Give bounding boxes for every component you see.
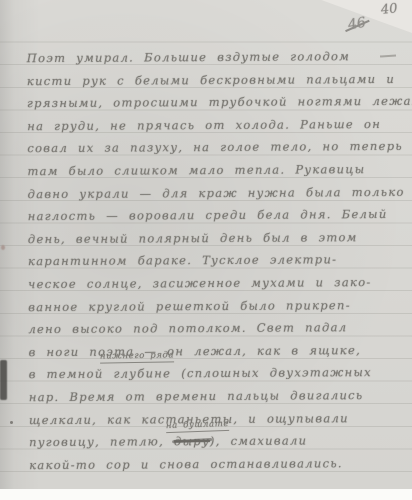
manuscript-line: в темной глубине (сплошных двухэтажных <box>29 361 401 386</box>
manuscript-line: нар. Время от времени пальцы двигались <box>29 384 401 409</box>
manuscript-line-with-correction: пуговицу, петлю, дыру), смахивали <box>29 429 401 454</box>
manuscript-line: давно украли — для краж нужна была тольк… <box>28 180 400 205</box>
manuscript-line: на груди, не прячась от холода. Раньше о… <box>27 113 399 138</box>
manuscript-line: там было слишком мало тепла. Рукавицы <box>27 158 399 183</box>
interlinear-insertion: на бушлате <box>166 419 229 433</box>
manuscript-line: ванное круглой решеткой было прикреп- <box>28 293 400 318</box>
manuscript-line: день, вечный полярный день был в этом <box>28 226 400 251</box>
page-number-current: 40 <box>381 1 399 18</box>
scan-background <box>0 489 412 500</box>
binding-mark <box>0 360 7 400</box>
line-18-suffix: ), смахивали <box>210 434 307 449</box>
handwritten-text-block: Поэт умирал. Большие вздутые голодом кис… <box>27 45 402 477</box>
edge-stain <box>1 245 5 250</box>
margin-dot-mark <box>10 421 13 424</box>
struck-out-word: дыру <box>174 430 210 453</box>
page-number-crossed-out: 46 <box>347 15 367 34</box>
manuscript-line: грязными, отросшими трубочкой ногтями ле… <box>27 90 399 115</box>
line-18-prefix: пуговицу, петлю, <box>29 434 174 449</box>
manuscript-line: лено высоко под потолком. Свет падал <box>28 316 400 341</box>
manuscript-line: кисти рук с белыми бескровными пальцами … <box>27 67 399 92</box>
manuscript-line: в ноги поэта — он лежал, как в ящике, <box>28 339 400 364</box>
manuscript-line: совал их за пазуху, на голое тело, но те… <box>27 135 399 160</box>
manuscript-line: ческое солнце, засиженное мухами и зако- <box>28 271 400 296</box>
manuscript-page-scan: 46 40 Поэт умирал. Большие вздутые голод… <box>0 0 412 489</box>
manuscript-line: наглость — воровали среди бела дня. Белы… <box>28 203 400 228</box>
interlinear-insertion: нижнего ряда <box>100 350 174 363</box>
manuscript-line: Поэт умирал. Большие вздутые голодом <box>27 45 399 70</box>
manuscript-line: какой-то сор и снова останавливались. <box>29 452 401 477</box>
manuscript-line: карантинном бараке. Тусклое электри- <box>28 248 400 273</box>
